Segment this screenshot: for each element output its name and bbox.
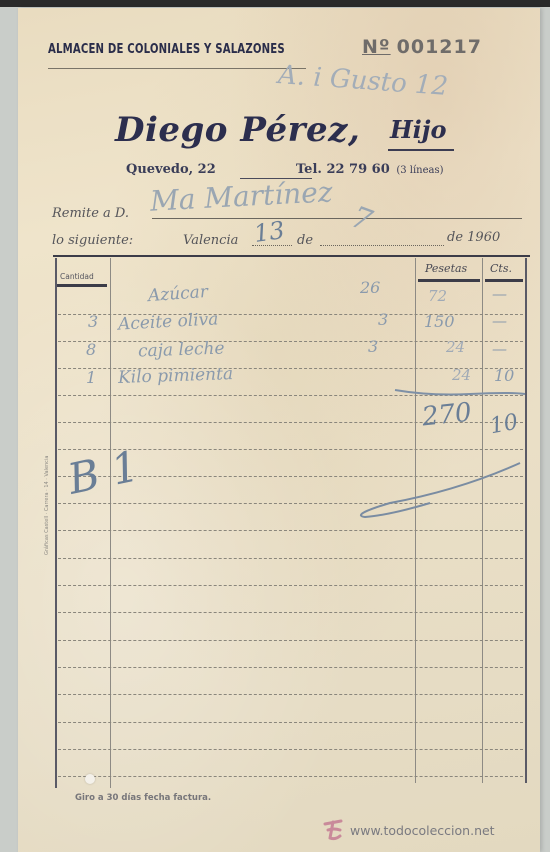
item-3-quantity: 8 xyxy=(86,340,96,359)
item-1-pesetas: 72 xyxy=(428,287,447,305)
handwritten-day: 13 xyxy=(252,216,286,248)
item-2-cents: — xyxy=(492,312,507,330)
row-line xyxy=(58,585,523,586)
month-field-line xyxy=(320,245,444,246)
recipient-field-line xyxy=(152,218,522,219)
invoice-number: Nº001217 xyxy=(362,36,482,58)
item-4-pesetas: 24 xyxy=(452,366,471,384)
de-label: de xyxy=(297,233,313,248)
item-3-description: caja leche xyxy=(138,338,225,361)
item-4-cents: 10 xyxy=(494,366,514,385)
watermark: www.todocoleccion.net xyxy=(322,818,495,842)
quantity-column-header: Cantidad xyxy=(60,272,94,281)
company-address: Quevedo, 22 xyxy=(126,162,216,177)
item-2-unit: 3 xyxy=(378,310,388,329)
row-line xyxy=(58,667,523,668)
company-phone: Tel. 22 79 60 (3 líneas) xyxy=(296,162,444,177)
printer-imprint: Gráficas Castell · Carrera · 14 · Valenc… xyxy=(44,435,50,555)
item-1-description: Azúcar xyxy=(147,282,208,306)
punch-hole xyxy=(85,774,95,784)
cents-header-bar xyxy=(485,279,523,282)
store-type-heading: ALMACEN DE COLONIALES Y SALAZONES xyxy=(48,42,285,57)
total-pesetas: 270 xyxy=(421,397,474,432)
row-line xyxy=(58,694,523,695)
quantity-column-divider xyxy=(110,258,111,788)
item-2-quantity: 3 xyxy=(88,312,98,331)
item-2-pesetas: 150 xyxy=(424,312,455,331)
pesetas-column-header: Pesetas xyxy=(425,262,467,275)
row-line xyxy=(58,749,523,750)
item-4-quantity: 1 xyxy=(86,368,96,387)
remite-label: Remite a D. xyxy=(52,206,129,221)
watermark-text: www.todocoleccion.net xyxy=(350,823,495,838)
heading-underline xyxy=(48,68,306,69)
item-3-cents: — xyxy=(492,340,507,358)
phone-number: Tel. 22 79 60 xyxy=(296,162,390,177)
pesetas-header-bar xyxy=(418,279,480,282)
row-line xyxy=(58,558,523,559)
item-1-cents: — xyxy=(492,285,507,303)
invoice-number-value: 001217 xyxy=(397,36,482,58)
total-cents: 10 xyxy=(488,410,520,439)
row-line xyxy=(58,722,523,723)
scan-top-edge xyxy=(0,0,550,7)
row-line xyxy=(58,776,523,777)
item-3-unit: 3 xyxy=(368,337,378,356)
todocoleccion-logo-icon xyxy=(322,818,344,842)
siguiente-label: lo siguiente: xyxy=(52,233,133,248)
row-line xyxy=(58,530,523,531)
quantity-header-bar xyxy=(57,284,107,287)
invoice-number-label: Nº xyxy=(362,36,391,58)
table-left-border xyxy=(55,258,57,788)
payment-terms: Giro a 30 días fecha factura. xyxy=(75,793,211,803)
item-4-description: Kilo pimienta xyxy=(118,364,234,388)
item-1-unit: 26 xyxy=(360,278,380,297)
item-3-pesetas: 24 xyxy=(446,338,465,356)
company-suffix: Hijo xyxy=(390,115,446,144)
phone-lines-note: (3 líneas) xyxy=(396,165,443,176)
table-top-border xyxy=(53,255,530,257)
row-line xyxy=(58,612,523,613)
cents-column-header: Cts. xyxy=(490,262,512,275)
year-label: de 1960 xyxy=(447,230,500,245)
suffix-underline xyxy=(388,149,454,151)
company-name: Diego Pérez, xyxy=(115,110,360,150)
city-label: Valencia xyxy=(183,233,238,248)
signature-flourish xyxy=(350,455,530,525)
row-line xyxy=(58,640,523,641)
